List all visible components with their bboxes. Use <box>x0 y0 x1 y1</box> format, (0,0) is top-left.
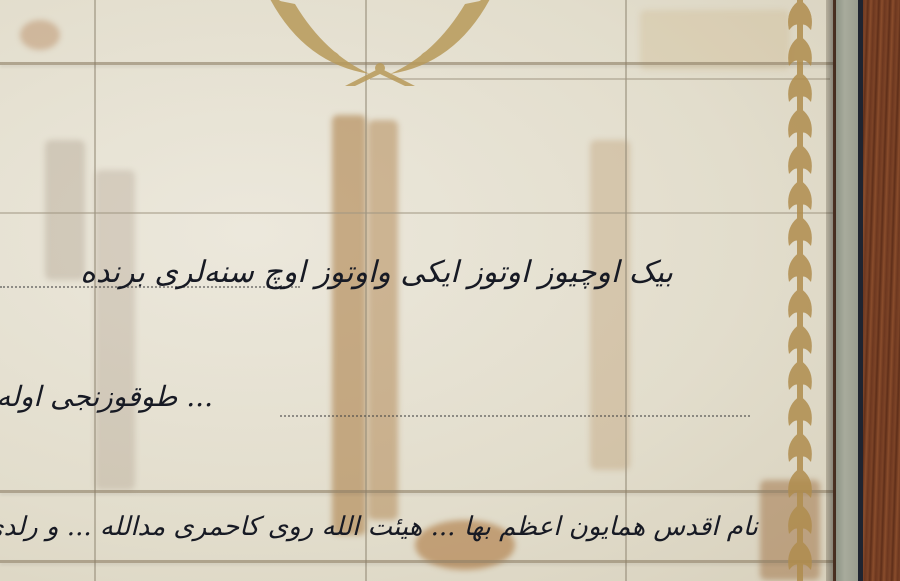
handwritten-line-3: نام اقدس همایون اعظم بها ... هیئت الله ر… <box>0 512 758 542</box>
water-stain <box>640 10 790 70</box>
handwritten-line-1: بیک اوچیوز اوتوز ایکی واوتوز اوچ سنه‌لری… <box>80 255 673 290</box>
dotted-guide-line <box>280 415 750 417</box>
water-stain <box>590 140 630 470</box>
water-stain <box>95 170 135 490</box>
water-stain <box>368 120 398 520</box>
handwritten-line-2: ... طوقوزنجی اوله‌جق درس کومنرمی <box>0 380 213 413</box>
fold-crease <box>0 560 833 563</box>
vine-border-ornament <box>775 0 827 581</box>
fold-crease <box>625 0 627 581</box>
framed-document-photo: بیک اوچیوز اوتوز ایکی واوتوز اوچ سنه‌لری… <box>0 0 900 581</box>
water-stain <box>332 115 366 535</box>
fold-crease <box>0 490 833 493</box>
fold-crease <box>94 0 96 581</box>
frame-mat <box>836 0 858 581</box>
wooden-frame <box>863 0 900 581</box>
fold-crease <box>0 212 833 214</box>
document-paper: بیک اوچیوز اوتوز ایکی واوتوز اوچ سنه‌لری… <box>0 0 833 581</box>
water-stain <box>45 140 85 280</box>
water-stain <box>20 20 60 50</box>
laurel-wreath-icon <box>265 0 495 90</box>
